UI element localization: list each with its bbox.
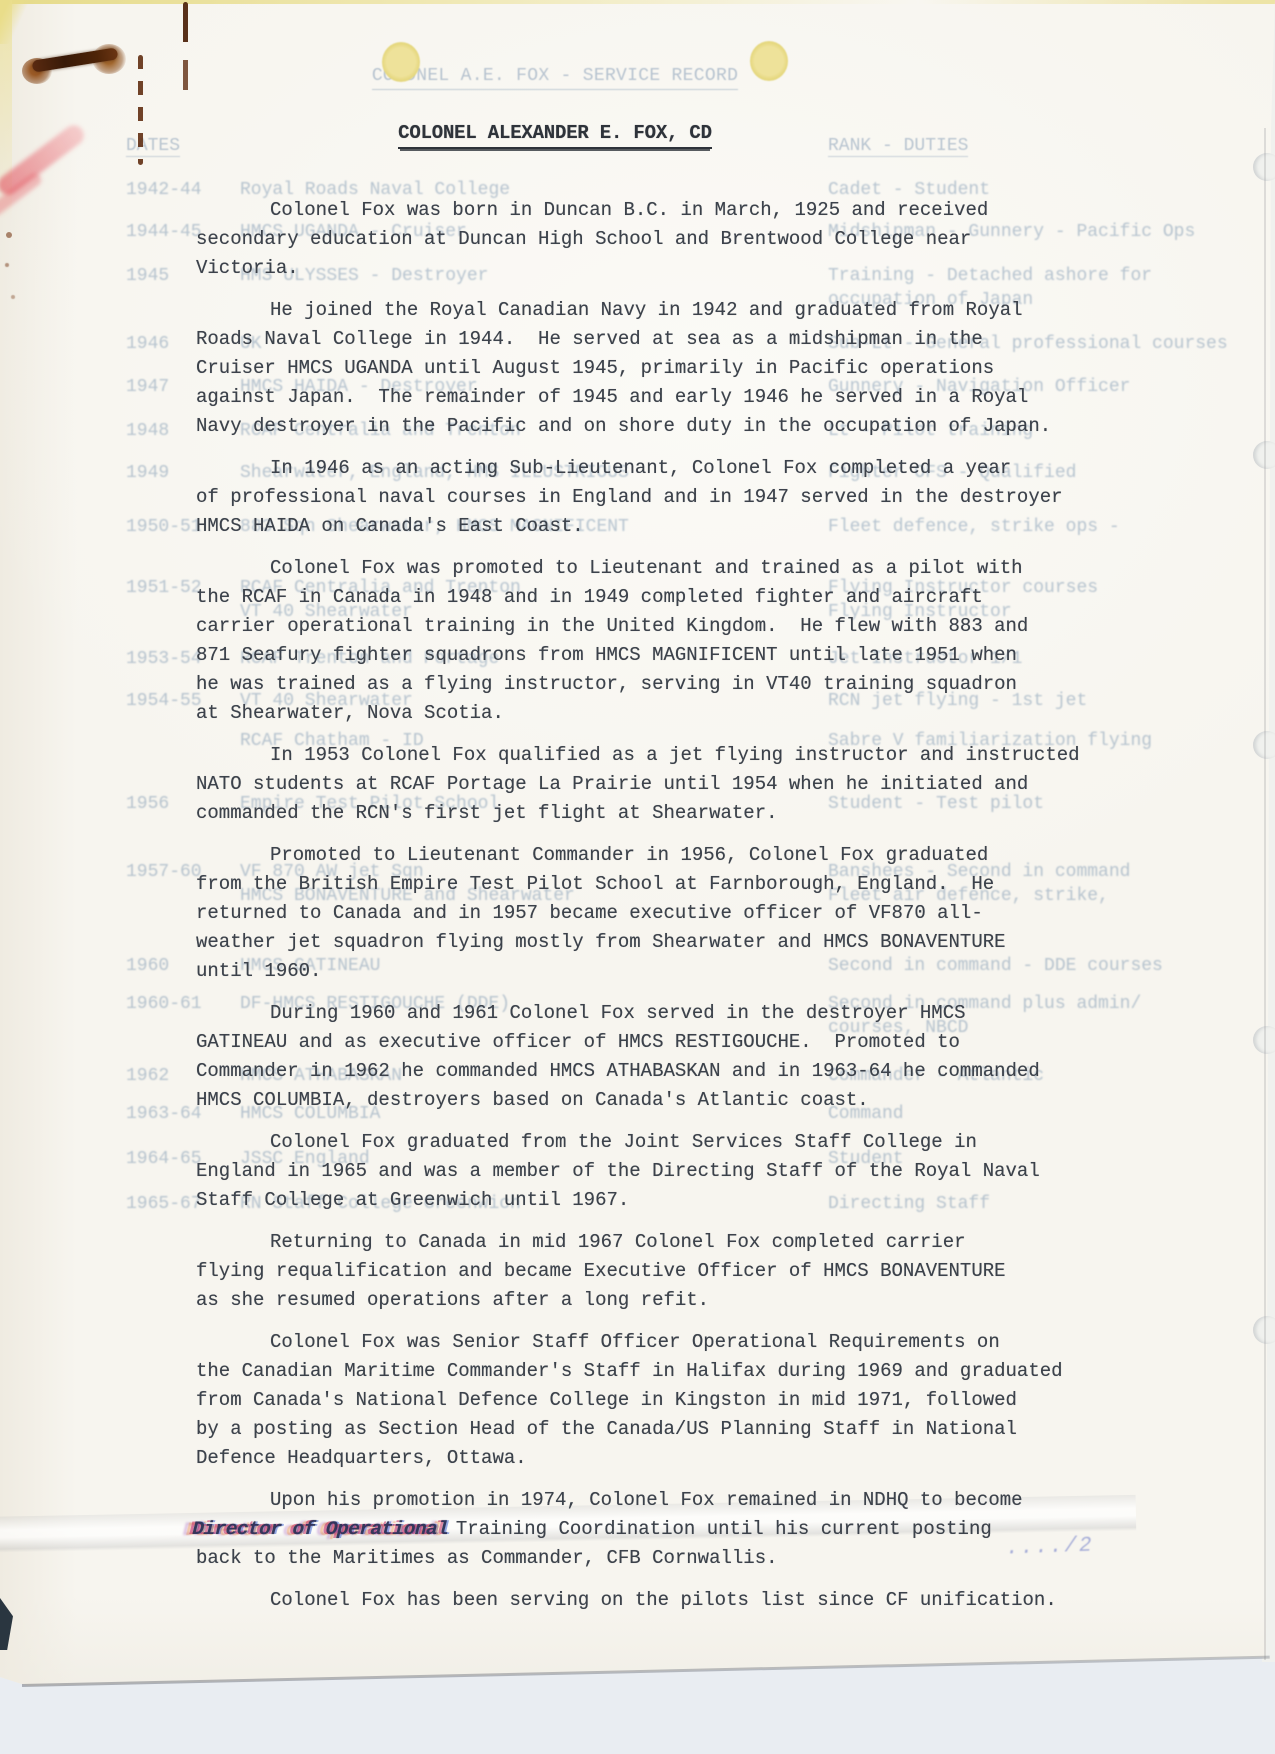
page-title: COLONEL ALEXANDER E. FOX, CD bbox=[0, 122, 1110, 144]
body-line: as she resumed operations after a long r… bbox=[196, 1286, 1116, 1315]
paragraph: Colonel Fox graduated from the Joint Ser… bbox=[196, 1128, 1116, 1215]
rust-specks bbox=[6, 232, 12, 238]
paragraph: Upon his promotion in 1974, Colonel Fox … bbox=[196, 1486, 1116, 1573]
rust-dotted-line bbox=[183, 2, 188, 112]
paragraph: Colonel Fox was Senior Staff Officer Ope… bbox=[196, 1328, 1116, 1473]
rust-dotted-line bbox=[138, 55, 143, 165]
body-line: He joined the Royal Canadian Navy in 194… bbox=[196, 296, 1116, 325]
body-line: the Canadian Maritime Commander's Staff … bbox=[196, 1357, 1116, 1386]
body-line-rest: Training Coordination until his current … bbox=[444, 1518, 991, 1540]
rust-stain bbox=[20, 38, 126, 84]
body-line: During 1960 and 1961 Colonel Fox served … bbox=[196, 999, 1116, 1028]
body-line: from the British Empire Test Pilot Schoo… bbox=[196, 870, 1116, 899]
body-line: Defence Headquarters, Ottawa. bbox=[196, 1444, 1116, 1473]
ghost-page2-title: COLONEL A.E. FOX - SERVICE RECORD bbox=[0, 66, 1110, 86]
body-line: 871 Seafury fighter squadrons from HMCS … bbox=[196, 641, 1116, 670]
body-line: commanded the RCN's first jet flight at … bbox=[196, 799, 1116, 828]
yellow-sheet-edge-top bbox=[0, 0, 1275, 4]
body-line: Colonel Fox was Senior Staff Officer Ope… bbox=[196, 1328, 1116, 1357]
paper-sheet: COLONEL A.E. FOX - SERVICE RECORD DATES … bbox=[0, 0, 1275, 1754]
paper-right-edge bbox=[1264, 128, 1266, 1660]
body-line: secondary education at Duncan High Schoo… bbox=[196, 225, 1116, 254]
body-line: Colonel Fox has been serving on the pilo… bbox=[196, 1586, 1116, 1615]
body-line: he was trained as a flying instructor, s… bbox=[196, 670, 1116, 699]
body-line: Staff College at Greenwich until 1967. bbox=[196, 1186, 1116, 1215]
body-line: Returning to Canada in mid 1967 Colonel … bbox=[196, 1228, 1116, 1257]
body-line: Colonel Fox was born in Duncan B.C. in M… bbox=[196, 196, 1116, 225]
body-line: returned to Canada and in 1957 became ex… bbox=[196, 899, 1116, 928]
paragraph: Colonel Fox has been serving on the pilo… bbox=[196, 1586, 1116, 1615]
overstruck-smeared-text: Director of Operational bbox=[189, 1515, 452, 1544]
body-line: against Japan. The remainder of 1945 and… bbox=[196, 383, 1116, 412]
body-line: Colonel Fox graduated from the Joint Ser… bbox=[196, 1128, 1116, 1157]
body-line: Promoted to Lieutenant Commander in 1956… bbox=[196, 841, 1116, 870]
body-line: flying requalification and became Execut… bbox=[196, 1257, 1116, 1286]
body-line: Roads Naval College in 1944. He served a… bbox=[196, 325, 1116, 354]
body-line: carrier operational training in the Unit… bbox=[196, 612, 1116, 641]
body-line: Commander in 1962 he commanded HMCS ATHA… bbox=[196, 1057, 1116, 1086]
body-line: until 1960. bbox=[196, 957, 1116, 986]
body-line: HMCS HAIDA on Canada's East Coast. bbox=[196, 512, 1116, 541]
body-line: England in 1965 and was a member of the … bbox=[196, 1157, 1116, 1186]
body-line: at Shearwater, Nova Scotia. bbox=[196, 699, 1116, 728]
body-line: Upon his promotion in 1974, Colonel Fox … bbox=[196, 1486, 1116, 1515]
body-line: weather jet squadron flying mostly from … bbox=[196, 928, 1116, 957]
body-line: Cruiser HMCS UGANDA until August 1945, p… bbox=[196, 354, 1116, 383]
paragraph: Promoted to Lieutenant Commander in 1956… bbox=[196, 841, 1116, 986]
paragraph: In 1953 Colonel Fox qualified as a jet f… bbox=[196, 741, 1116, 828]
body-line: back to the Maritimes as Commander, CFB … bbox=[196, 1544, 1116, 1573]
body-line: Navy destroyer in the Pacific and on sho… bbox=[196, 412, 1116, 441]
hole-punch-right bbox=[750, 41, 788, 81]
body-line: NATO students at RCAF Portage La Prairie… bbox=[196, 770, 1116, 799]
paragraph: Colonel Fox was born in Duncan B.C. in M… bbox=[196, 196, 1116, 283]
paragraph: Returning to Canada in mid 1967 Colonel … bbox=[196, 1228, 1116, 1315]
paragraph: During 1960 and 1961 Colonel Fox served … bbox=[196, 999, 1116, 1115]
body-line: Colonel Fox was promoted to Lieutenant a… bbox=[196, 554, 1116, 583]
body-line: the RCAF in Canada in 1948 and in 1949 c… bbox=[196, 583, 1116, 612]
page-continuation-mark: ..../2 bbox=[1006, 1534, 1094, 1560]
body-line: of professional naval courses in England… bbox=[196, 483, 1116, 512]
hole-punch-left bbox=[382, 42, 420, 82]
body-line: Victoria. bbox=[196, 254, 1116, 283]
paragraph: He joined the Royal Canadian Navy in 194… bbox=[196, 296, 1116, 441]
body-line: Director of Operational Training Coordin… bbox=[196, 1515, 1116, 1544]
body-line: In 1946 as an acting Sub-Lieutenant, Col… bbox=[196, 454, 1116, 483]
body-line: In 1953 Colonel Fox qualified as a jet f… bbox=[196, 741, 1116, 770]
body-text: Colonel Fox was born in Duncan B.C. in M… bbox=[196, 196, 1116, 1628]
body-line: GATINEAU and as executive officer of HMC… bbox=[196, 1028, 1116, 1057]
body-line: from Canada's National Defence College i… bbox=[196, 1386, 1116, 1415]
paragraph: Colonel Fox was promoted to Lieutenant a… bbox=[196, 554, 1116, 728]
body-line: HMCS COLUMBIA, destroyers based on Canad… bbox=[196, 1086, 1116, 1115]
body-line: by a posting as Section Head of the Cana… bbox=[196, 1415, 1116, 1444]
scanned-document-page: COLONEL A.E. FOX - SERVICE RECORD DATES … bbox=[0, 0, 1275, 1754]
paragraph: In 1946 as an acting Sub-Lieutenant, Col… bbox=[196, 454, 1116, 541]
